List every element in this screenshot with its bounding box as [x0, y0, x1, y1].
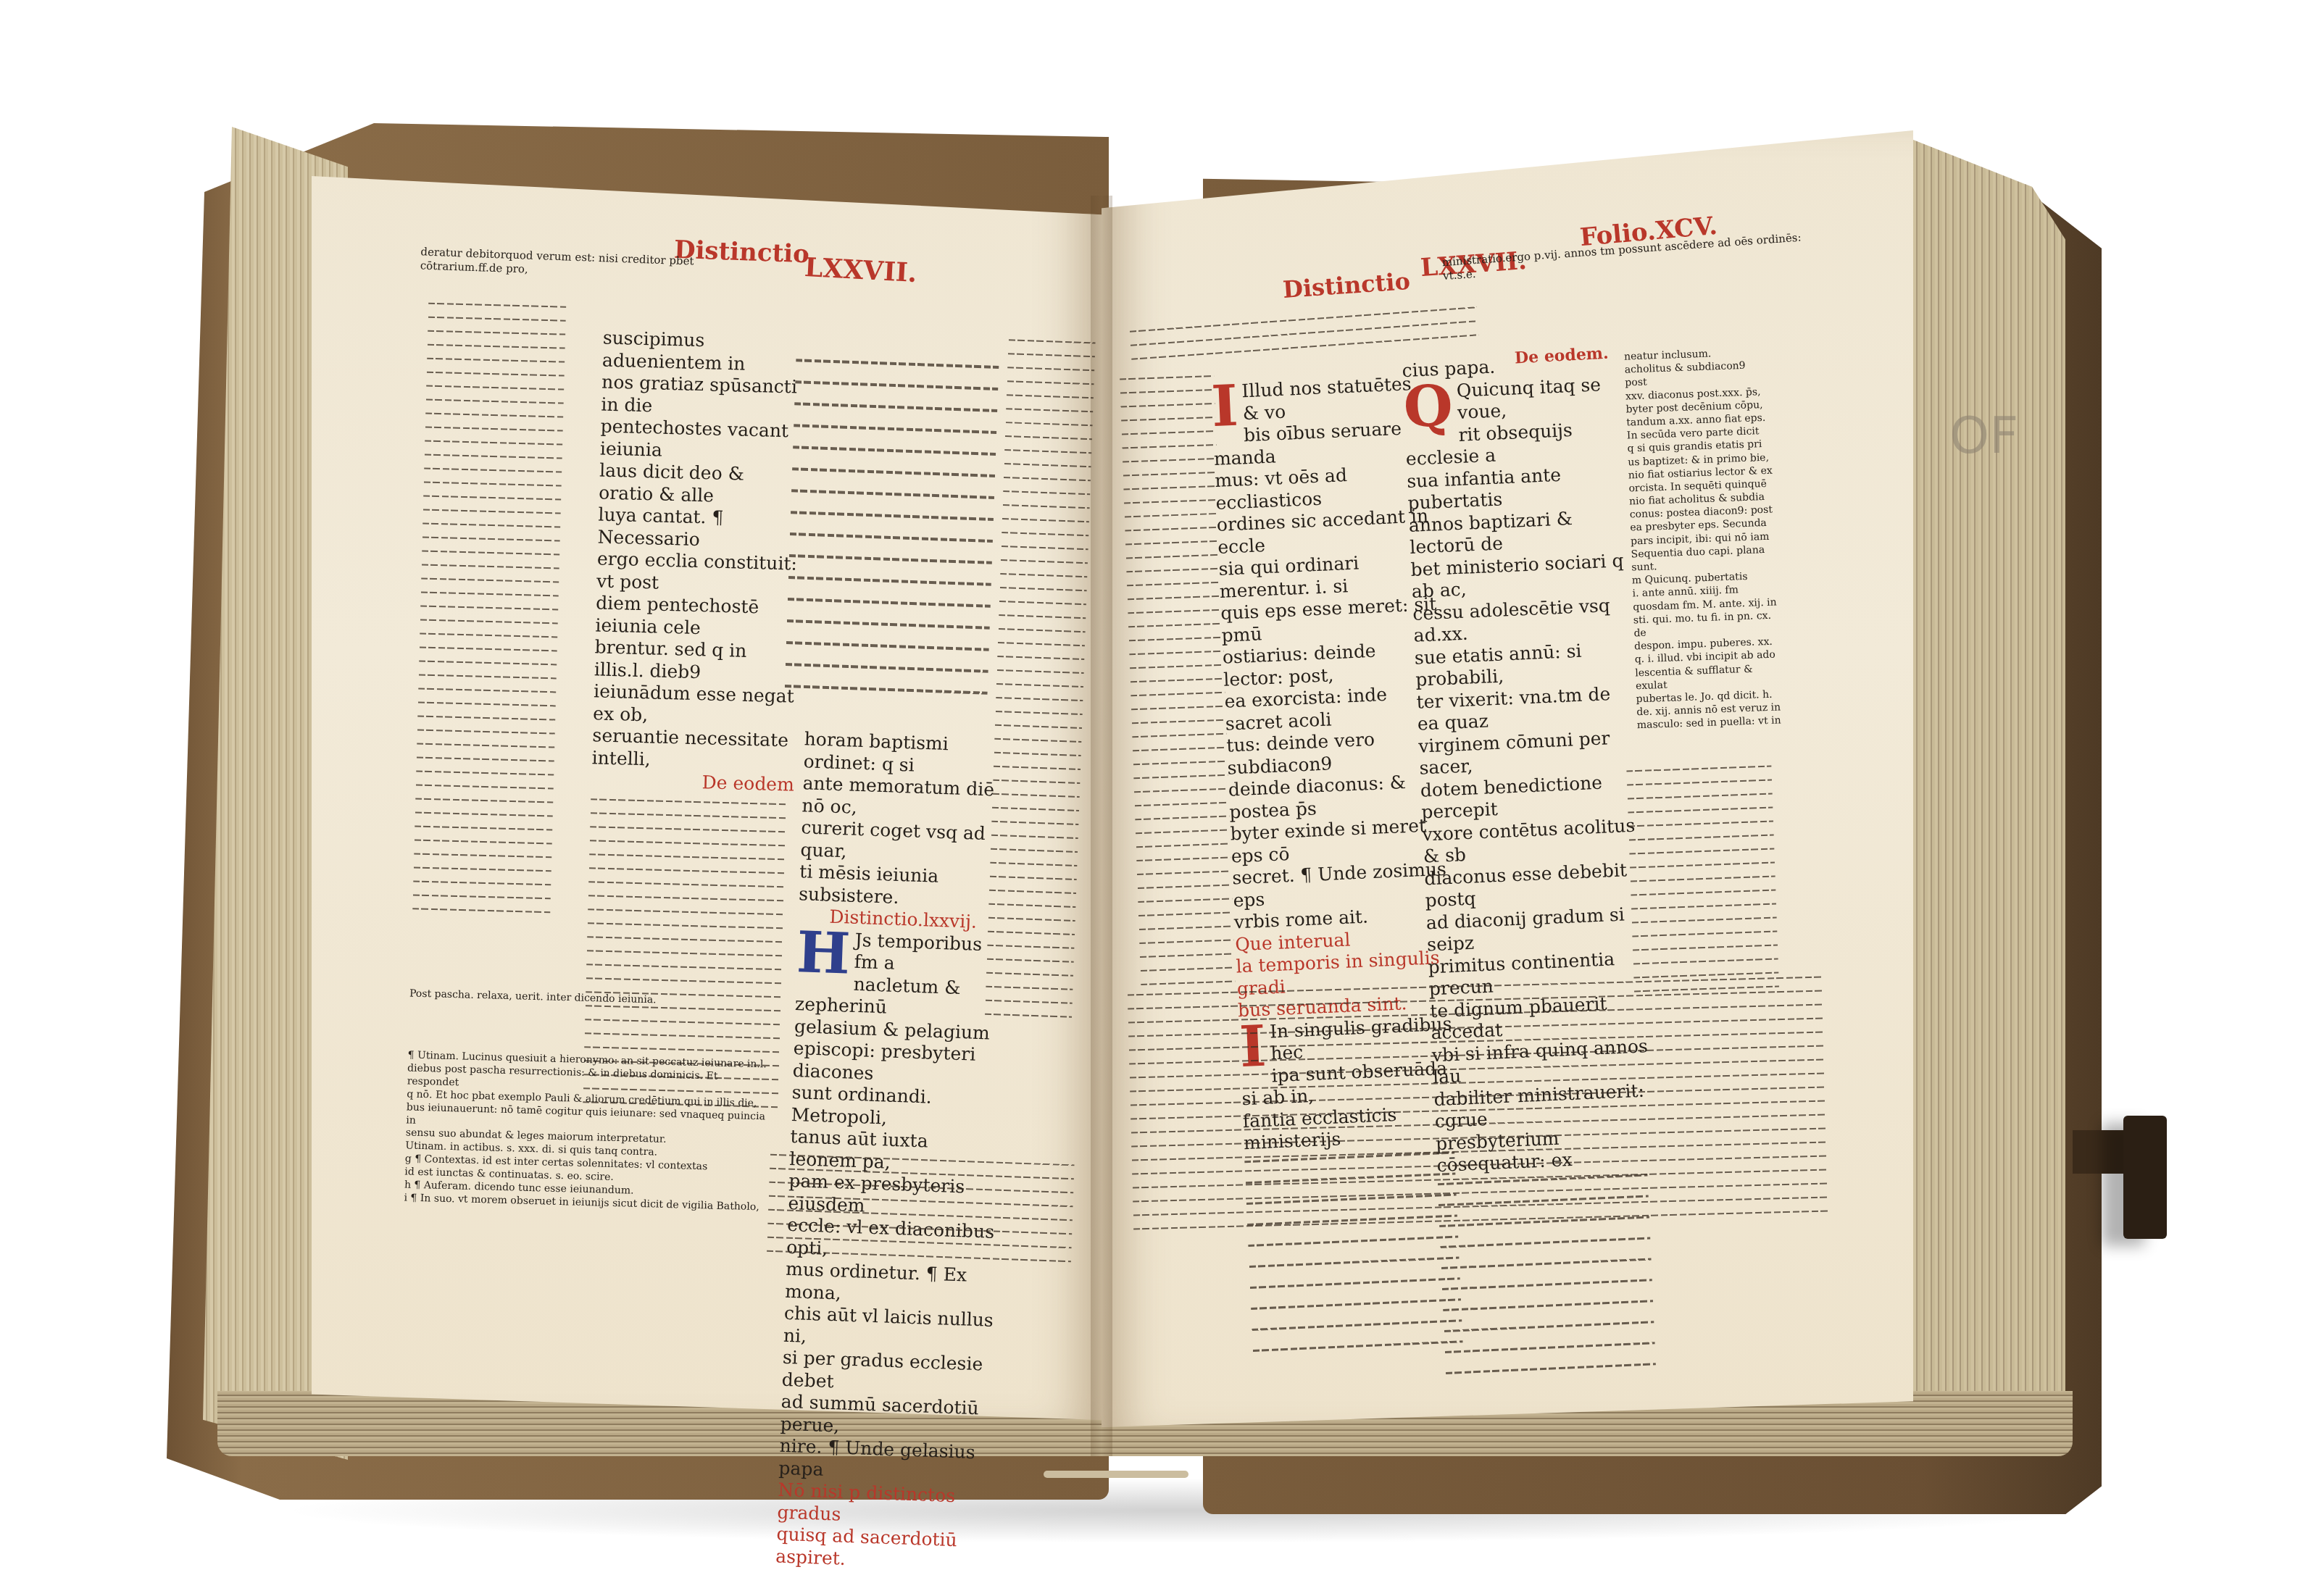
right-page-edges — [1899, 134, 2065, 1453]
text-line: nos gratiaz spūsancti in die — [601, 372, 805, 421]
text-line: ad summū sacerdotiū perue, — [780, 1391, 991, 1442]
red-initial-q: Q — [1402, 380, 1454, 433]
text-line: chis aūt vl laicis nullus ni, — [783, 1303, 995, 1354]
de-eodem-heading: De eodem — [591, 769, 795, 796]
left-main-column-2-top — [784, 359, 999, 713]
text-line: luya cantat. ¶ Necessario — [597, 504, 802, 553]
left-running-head-number: LXXVII. — [804, 252, 917, 288]
rubric-line: Nō nisi p distinctos gradus — [777, 1479, 988, 1531]
text-line: ieiunādum esse negat ex ob, — [593, 680, 797, 730]
right-outer-gloss-column: neatur inclusum. acholitus & subdiacon9 … — [1624, 346, 1782, 732]
text-line: horam baptismi ordinet: q si — [803, 728, 1015, 780]
right-gloss-bottom — [1128, 976, 1830, 1242]
text-line: ergo ecclia constituit: vt post — [596, 548, 801, 597]
page-marker-string — [1044, 1471, 1188, 1478]
text-line: ante memoratum diē nō oc, — [802, 772, 1013, 824]
text-line: suscipimus aduenientem in — [602, 327, 807, 377]
right-outer-gloss-lower — [1626, 766, 1779, 1005]
left-gloss-bottom: ¶ Utinam. Lucinus quesiuit a hieronymo: … — [404, 1049, 770, 1214]
text-line: brentur. sed q in illis.l. dieb9 — [594, 636, 799, 685]
book-gutter — [1091, 196, 1112, 1456]
text-line: curerit coget vsq ad quar, — [800, 816, 1012, 868]
text-line: laus dicit deo & oratio & alle — [599, 459, 803, 509]
left-gloss-column — [412, 303, 566, 926]
text-line: sunt ordinandi. Metropoli, — [791, 1082, 1002, 1133]
text-line: pentechostes vacant ieiunia — [599, 415, 804, 464]
left-main-column-2: horam baptismi ordinet: q si ante memora… — [775, 728, 1015, 1574]
text-line: seruantie necessitate intelli, — [591, 724, 796, 774]
rubric-line: quisq ad sacerdotiū aspiret. — [775, 1524, 987, 1575]
text-line: diem pentechostē ieiunia cele — [595, 592, 799, 641]
text-line: nire. ¶ Unde gelasius papa — [778, 1435, 990, 1487]
clasp-strap — [2073, 1130, 2131, 1174]
right-main-column-2: cius papa. Q Quicunq itaq se voue, rit o… — [1402, 351, 1664, 1392]
pencil-annotation: OF — [1949, 406, 2018, 465]
blue-initial-h: H — [796, 927, 851, 980]
text-line: si per gradus ecclesie debet — [781, 1347, 993, 1398]
left-gloss-bottom-right — [766, 1154, 1074, 1275]
text-line: ti mēsis ieiunia subsistere. — [799, 861, 1010, 912]
text-line: episcopi: presbyteri diacones — [792, 1037, 1004, 1089]
book-clasp — [2123, 1116, 2167, 1239]
